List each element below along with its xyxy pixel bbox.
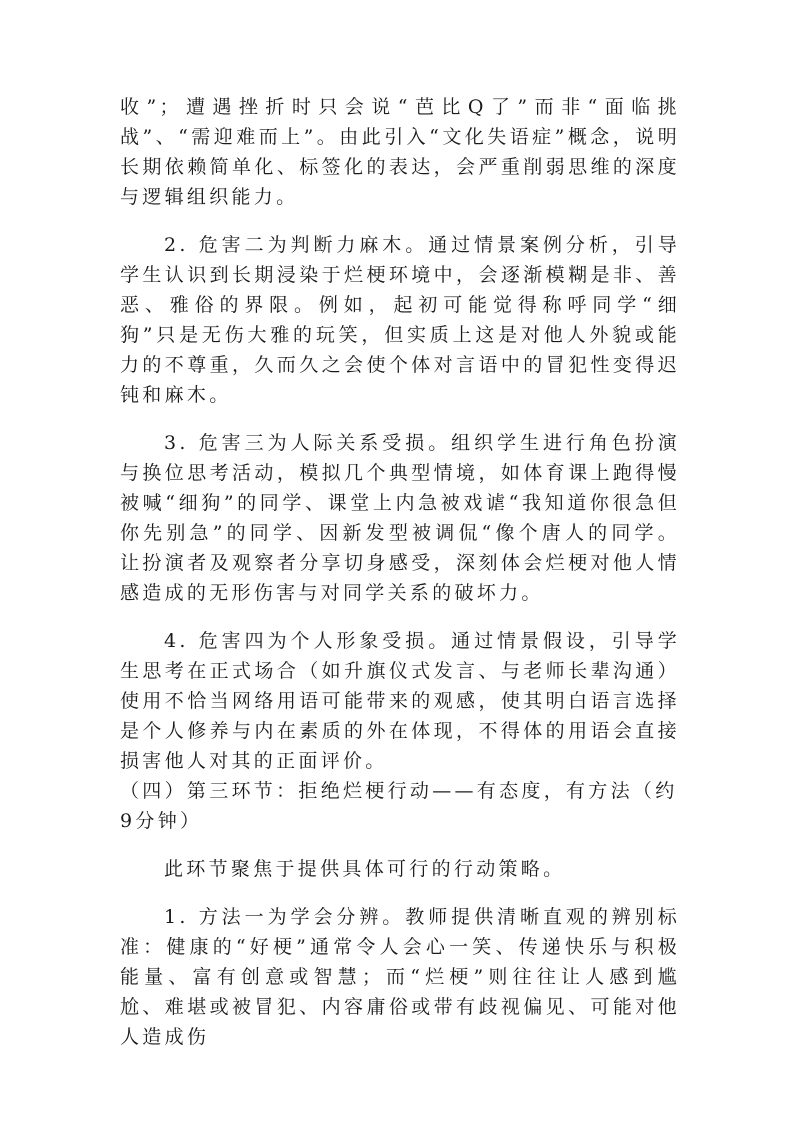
paragraph-harm-four: 4. 危害四为个人形象受损。通过情景假设，引导学生思考在正式场合（如升旗仪式发言…	[120, 626, 680, 776]
paragraph-step-intro: 此环节聚焦于提供具体可行的行动策略。	[120, 854, 680, 884]
paragraph-harm-two: 2. 危害二为判断力麻木。通过情景案例分析，引导学生认识到长期浸染于烂梗环境中，…	[120, 230, 680, 410]
section-heading-step-three: （四）第三环节：拒绝烂梗行动——有态度，有方法（约9分钟）	[120, 776, 680, 836]
paragraph-harm-three: 3. 危害三为人际关系受损。组织学生进行角色扮演与换位思考活动，模拟几个典型情境…	[120, 428, 680, 608]
paragraph-harm-one-continued: 收”；遭遇挫折时只会说“芭比Q了”而非“面临挑战”、“需迎难而上”。由此引入“文…	[120, 92, 680, 212]
document-page: 收”；遭遇挫折时只会说“芭比Q了”而非“面临挑战”、“需迎难而上”。由此引入“文…	[120, 92, 680, 1052]
paragraph-method-one: 1. 方法一为学会分辨。教师提供清晰直观的辨别标准：健康的“好梗”通常令人会心一…	[120, 902, 680, 1052]
